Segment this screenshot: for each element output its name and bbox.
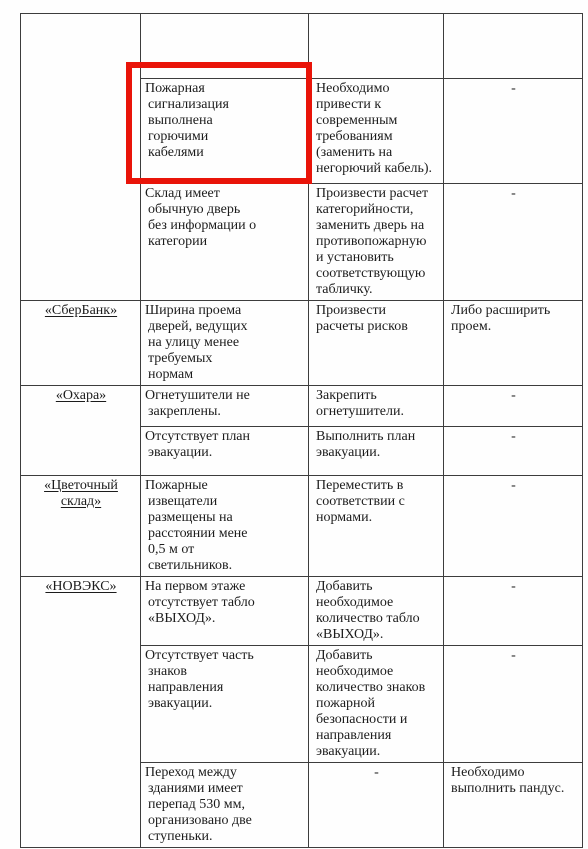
action-cell: Произвести расчет категорийности, замени… [309, 184, 444, 301]
company-cell: «НОВЭКС» [21, 577, 141, 848]
action-cell: - [309, 763, 444, 848]
alternative-cell: Либо расширить проем. [444, 301, 583, 386]
action-cell: Необходимо привести к современным требов… [309, 79, 444, 184]
alternative-cell: - [444, 386, 583, 427]
alternative-cell: - [444, 646, 583, 763]
alternative-cell [444, 14, 583, 79]
issue-cell [141, 14, 309, 79]
action-cell: Закрепить огнетушители. [309, 386, 444, 427]
alternative-cell: - [444, 577, 583, 646]
action-cell: Добавить необходимое количество знаков п… [309, 646, 444, 763]
issue-cell: 20. Переход между зданиями имеет перепад… [141, 763, 309, 848]
action-cell [309, 14, 444, 79]
issue-cell: 17. Пожарные извещатели размещены на рас… [141, 476, 309, 577]
alternative-cell: - [444, 427, 583, 476]
issue-cell: 15. Огнетушители не закреплены. [141, 386, 309, 427]
document-page: 12. Пожарная сигнализация выполнена горю… [0, 0, 588, 849]
table-row-17: «Цветочный склад» 17. Пожарные извещател… [21, 476, 583, 577]
action-cell: Добавить необходимое количество табло «В… [309, 577, 444, 646]
issue-cell: 13. Склад имеет обычную дверь без информ… [141, 184, 309, 301]
alternative-cell: - [444, 184, 583, 301]
issue-cell: 19. Отсутствует часть знаков направления… [141, 646, 309, 763]
table-row-15: «Охара» 15. Огнетушители не закреплены. … [21, 386, 583, 427]
company-cell: «Цветочный склад» [21, 476, 141, 577]
issue-cell: 16. Отсутствует план эвакуации. [141, 427, 309, 476]
alternative-cell: - [444, 79, 583, 184]
company-cell: «СберБанк» [21, 301, 141, 386]
violations-table: 12. Пожарная сигнализация выполнена горю… [20, 13, 583, 848]
table-row [21, 14, 583, 79]
action-cell: Выполнить план эвакуации. [309, 427, 444, 476]
company-cell [21, 14, 141, 301]
action-cell: Произвести расчеты рисков [309, 301, 444, 386]
alternative-cell: Необходимо выполнить пандус. [444, 763, 583, 848]
issue-cell: 14. Ширина проема дверей, ведущих на ули… [141, 301, 309, 386]
company-cell: «Охара» [21, 386, 141, 476]
action-cell: Переместить в соответствии с нормами. [309, 476, 444, 577]
table-row-18: «НОВЭКС» 18. На первом этаже отсутствует… [21, 577, 583, 646]
issue-cell: 12. Пожарная сигнализация выполнена горю… [141, 79, 309, 184]
table-row-14: «СберБанк» 14. Ширина проема дверей, вед… [21, 301, 583, 386]
alternative-cell: - [444, 476, 583, 577]
issue-cell: 18. На первом этаже отсутствует табло «В… [141, 577, 309, 646]
